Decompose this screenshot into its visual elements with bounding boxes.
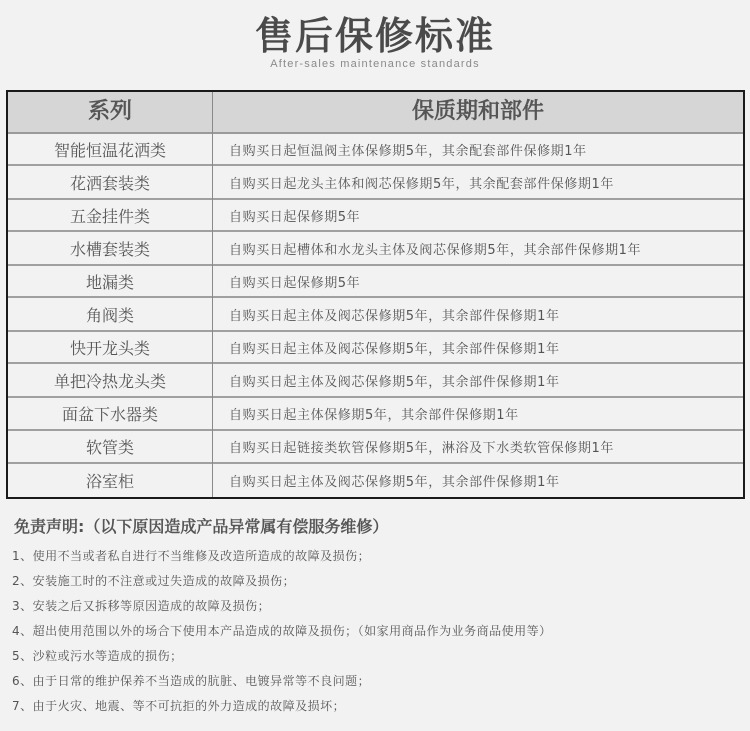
disclaimer-item: 6、由于日常的维护保养不当造成的肮脏、电镀异常等不良问题； — [12, 672, 370, 689]
warranty-cell: 自购买日起槽体和水龙头主体及阀芯保修期5年，其余部件保修期1年 — [229, 232, 641, 264]
disclaimer-item: 7、由于火灾、地震、等不可抗拒的外力造成的故障及损坏； — [12, 697, 345, 714]
series-cell: 水槽套装类 — [8, 232, 212, 264]
column-divider — [212, 92, 213, 497]
warranty-cell: 自购买日起主体及阀芯保修期5年，其余部件保修期1年 — [229, 298, 560, 330]
warranty-cell: 自购买日起链接类软管保修期5年，淋浴及下水类软管保修期1年 — [229, 431, 614, 462]
table-row: 面盆下水器类 自购买日起主体保修期5年，其余部件保修期1年 — [8, 398, 743, 431]
series-cell: 单把冷热龙头类 — [8, 364, 212, 396]
table-row: 智能恒温花洒类 自购买日起恒温阀主体保修期5年，其余配套部件保修期1年 — [8, 134, 743, 166]
table-row: 软管类 自购买日起链接类软管保修期5年，淋浴及下水类软管保修期1年 — [8, 431, 743, 464]
warranty-table: 系列 保质期和部件 智能恒温花洒类 自购买日起恒温阀主体保修期5年，其余配套部件… — [6, 90, 745, 499]
table-row: 地漏类 自购买日起保修期5年 — [8, 266, 743, 298]
series-cell: 智能恒温花洒类 — [8, 134, 212, 164]
disclaimer-item: 3、安装之后又拆移等原因造成的故障及损伤； — [12, 597, 270, 614]
disclaimer-item: 5、沙粒或污水等造成的损伤； — [12, 647, 183, 664]
warranty-cell: 自购买日起主体及阀芯保修期5年，其余部件保修期1年 — [229, 332, 560, 362]
warranty-cell: 自购买日起保修期5年 — [229, 200, 360, 230]
series-cell: 面盆下水器类 — [8, 398, 212, 429]
table-header: 系列 保质期和部件 — [8, 92, 743, 134]
warranty-cell: 自购买日起主体及阀芯保修期5年，其余部件保修期1年 — [229, 464, 560, 497]
disclaimer-item: 4、超出使用范围以外的场合下使用本产品造成的故障及损伤；（如家用商品作为业务商品… — [12, 622, 552, 639]
disclaimer-item: 2、安装施工时的不注意或过失造成的故障及损伤； — [12, 572, 295, 589]
warranty-cell: 自购买日起主体保修期5年，其余部件保修期1年 — [229, 398, 519, 429]
table-row: 快开龙头类 自购买日起主体及阀芯保修期5年，其余部件保修期1年 — [8, 332, 743, 364]
table-row: 单把冷热龙头类 自购买日起主体及阀芯保修期5年，其余部件保修期1年 — [8, 364, 743, 398]
series-cell: 五金挂件类 — [8, 200, 212, 230]
warranty-cell: 自购买日起保修期5年 — [229, 266, 360, 296]
table-row: 五金挂件类 自购买日起保修期5年 — [8, 200, 743, 232]
series-cell: 浴室柜 — [8, 464, 212, 497]
table-row: 浴室柜 自购买日起主体及阀芯保修期5年，其余部件保修期1年 — [8, 464, 743, 497]
page-title: 售后保修标准 — [0, 12, 750, 60]
series-cell: 花洒套装类 — [8, 166, 212, 198]
disclaimer-title: 免责声明:（以下原因造成产品异常属有偿服务维修） — [14, 514, 388, 537]
column-header-warranty: 保质期和部件 — [213, 92, 743, 132]
series-cell: 地漏类 — [8, 266, 212, 296]
warranty-cell: 自购买日起恒温阀主体保修期5年，其余配套部件保修期1年 — [229, 134, 587, 164]
table-row: 角阀类 自购买日起主体及阀芯保修期5年，其余部件保修期1年 — [8, 298, 743, 332]
column-header-series: 系列 — [8, 92, 212, 132]
series-cell: 快开龙头类 — [8, 332, 212, 362]
series-cell: 软管类 — [8, 431, 212, 462]
table-row: 花洒套装类 自购买日起龙头主体和阀芯保修期5年，其余配套部件保修期1年 — [8, 166, 743, 200]
warranty-cell: 自购买日起龙头主体和阀芯保修期5年，其余配套部件保修期1年 — [229, 166, 614, 198]
page-subtitle: After-sales maintenance standards — [0, 58, 750, 70]
disclaimer-item: 1、使用不当或者私自进行不当维修及改造所造成的故障及损伤； — [12, 547, 370, 564]
table-row: 水槽套装类 自购买日起槽体和水龙头主体及阀芯保修期5年，其余部件保修期1年 — [8, 232, 743, 266]
series-cell: 角阀类 — [8, 298, 212, 330]
warranty-cell: 自购买日起主体及阀芯保修期5年，其余部件保修期1年 — [229, 364, 560, 396]
